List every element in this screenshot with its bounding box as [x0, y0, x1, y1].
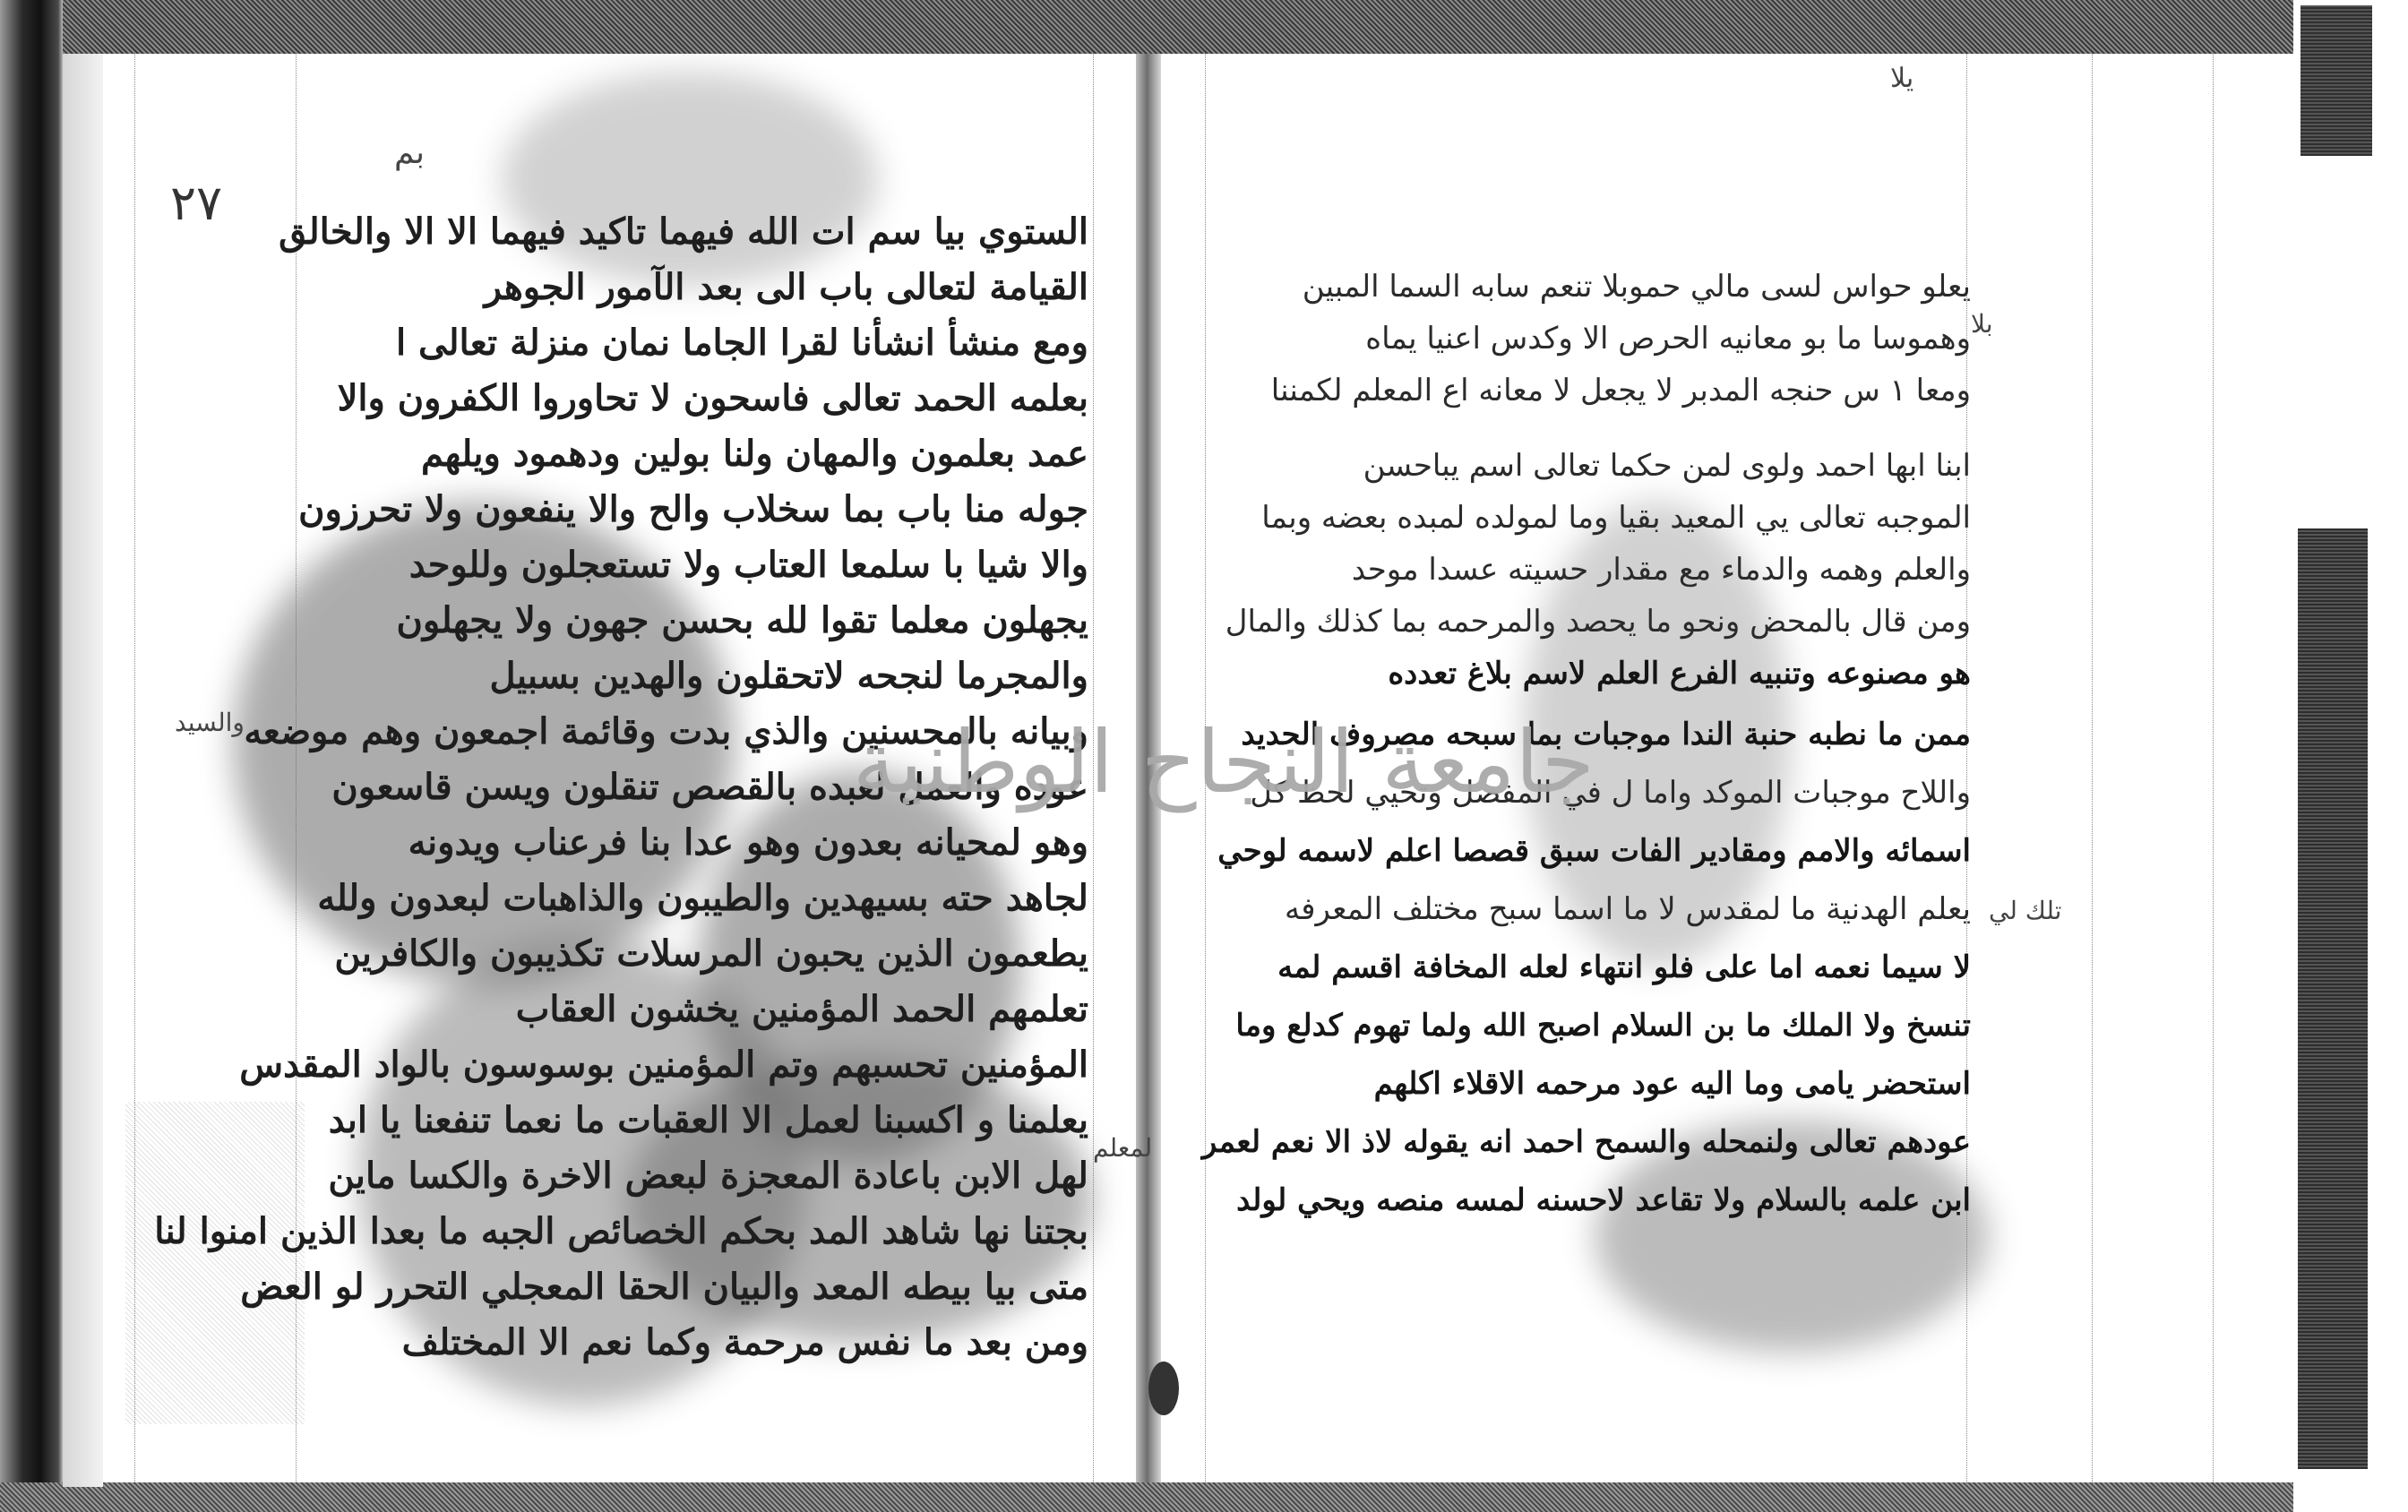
manuscript-line: يعلو حواس لسى مالي حموبلا تنعم سابه السم… — [1303, 269, 1971, 305]
manuscript-line: اسمائه والامم ومقادير الفات سبق قصصا اعل… — [1217, 833, 1971, 869]
margin-note: والسيد — [175, 708, 245, 737]
manuscript-line: بعلمه الحمد تعالى فاسحون لا تحاوروا الكف… — [338, 377, 1088, 419]
manuscript-line: الموجبه تعالى يي المعيد بقيا وما لمولده … — [1261, 500, 1971, 536]
manuscript-line: يطعمون الذين يحبون المرسلات تكذيبون والك… — [334, 932, 1088, 975]
left-page: الستوي بيا سم ات الله فيهما تاكيد فيهما … — [296, 210, 1088, 1420]
manuscript-line: تنسخ ولا الملك ما بن السلام اصبح الله ول… — [1235, 1008, 1971, 1044]
manuscript-line: الستوي بيا سم ات الله فيهما تاكيد فيهما … — [279, 210, 1088, 253]
manuscript-line: ومعا ١ س حنجه المدبر لا يجعل لا معانه اع… — [1271, 373, 1971, 408]
manuscript-line: ومع منشأ انشأنا لقرا الجاما نمان منزلة ت… — [396, 322, 1088, 364]
scan-edge-bar-top — [2300, 5, 2372, 156]
manuscript-line: عودهم تعالى ولنمحله والسمح احمد انه يقول… — [1202, 1124, 1971, 1160]
manuscript-line: استحضر يامى وما اليه عود مرحمه الاقلاء ا… — [1374, 1066, 1971, 1102]
manuscript-line: لجاهد حته بسيهدين والطيبون والذاهبات لبع… — [317, 877, 1088, 919]
book-edge-left — [63, 54, 103, 1487]
manuscript-line: تعلمهم الحمد المؤمنين يخشون العقاب — [516, 988, 1088, 1030]
manuscript-line: والا شيا با سلمعا العتاب ولا تستعجلون ول… — [409, 544, 1088, 586]
scan-frame-left — [0, 0, 63, 1512]
left-page-header-mark: بم — [394, 134, 425, 171]
scan-frame-bottom — [0, 1482, 2293, 1512]
scan-edge-bar-bottom — [2298, 528, 2368, 1469]
manuscript-line: ومن قال بالمحض ونحو ما يحصد والمرحمه بما… — [1225, 604, 1971, 640]
manuscript-line: والمجرما لنجحه لاتحقلون والهدين بسبيل — [490, 655, 1088, 697]
manuscript-line: القيامة لتعالى باب الى بعد الآمور الجوهر — [485, 266, 1088, 308]
margin-note: بلا — [1971, 309, 1993, 339]
right-page-top-note: يلا — [1890, 63, 1913, 94]
manuscript-line: وهو لمحيانه بعدون وهو عدا بنا فرعناب ويد… — [408, 821, 1088, 863]
folio-number: ٢٧ — [170, 175, 222, 231]
manuscript-line: المؤمنين تحسبهم وتم المؤمنين بوسوسون بال… — [239, 1044, 1088, 1086]
gutter-ink-blot — [1148, 1362, 1179, 1415]
margin-note: لمعلم — [1093, 1133, 1152, 1163]
manuscript-line: ابن علمه بالسلام ولا تقاعد لاحسنه لمسه م… — [1236, 1182, 1971, 1218]
manuscript-line: ابنا ابها احمد ولوى لمن حكما تعالى اسم ي… — [1363, 448, 1971, 484]
manuscript-line: يجهلون معلما تقوا لله بحسن جهون ولا يجهل… — [396, 599, 1088, 641]
manuscript-line: جوله منا باب بما سخلاب والح والا ينفعون … — [298, 488, 1088, 530]
ruled-line — [2092, 54, 2094, 1482]
manuscript-line: ومن بعد ما نفس مرحمة وكما نعم الا المختل… — [402, 1321, 1088, 1363]
manuscript-line: يعلم الهدنية ما لمقدس لا ما اسما سبح مخت… — [1285, 891, 1971, 927]
manuscript-line: وهموسا ما بو معانيه الحرص الا وكدس اعنيا… — [1365, 321, 1971, 357]
scan-frame-top — [0, 0, 2293, 54]
manuscript-line: عمد بعلمون والمهان ولنا بولين ودهمود ويل… — [421, 433, 1088, 475]
margin-note: تلك لي — [1989, 896, 2061, 925]
manuscript-line: يعلمنا و اكسبنا لعمل الا العقبات ما نعما… — [329, 1099, 1088, 1141]
manuscript-line: بجتنا نها شاهد المد بحكم الخصائص الجبه م… — [154, 1210, 1088, 1252]
institution-watermark: جامعة النجاح الوطنية — [950, 712, 1595, 812]
ruled-line — [134, 54, 136, 1482]
manuscript-line: والعلم وهمه والدماء مع مقدار حسيته عسدا … — [1352, 552, 1971, 588]
manuscript-line: متى بيا بيطه المعد والبيان الحقا المعجلي… — [240, 1266, 1088, 1308]
manuscript-line: لهل الابن باعادة المعجزة لبعض الاخرة وال… — [328, 1155, 1088, 1197]
manuscript-line: هو مصنوعه وتنبيه الفرع العلم لاسم بلاغ ت… — [1388, 656, 1971, 692]
ruled-line — [2213, 54, 2214, 1482]
pastedown-patch — [125, 1102, 305, 1424]
manuscript-line: لا سيما نعمه اما على فلو انتهاء لعله الم… — [1277, 949, 1971, 985]
